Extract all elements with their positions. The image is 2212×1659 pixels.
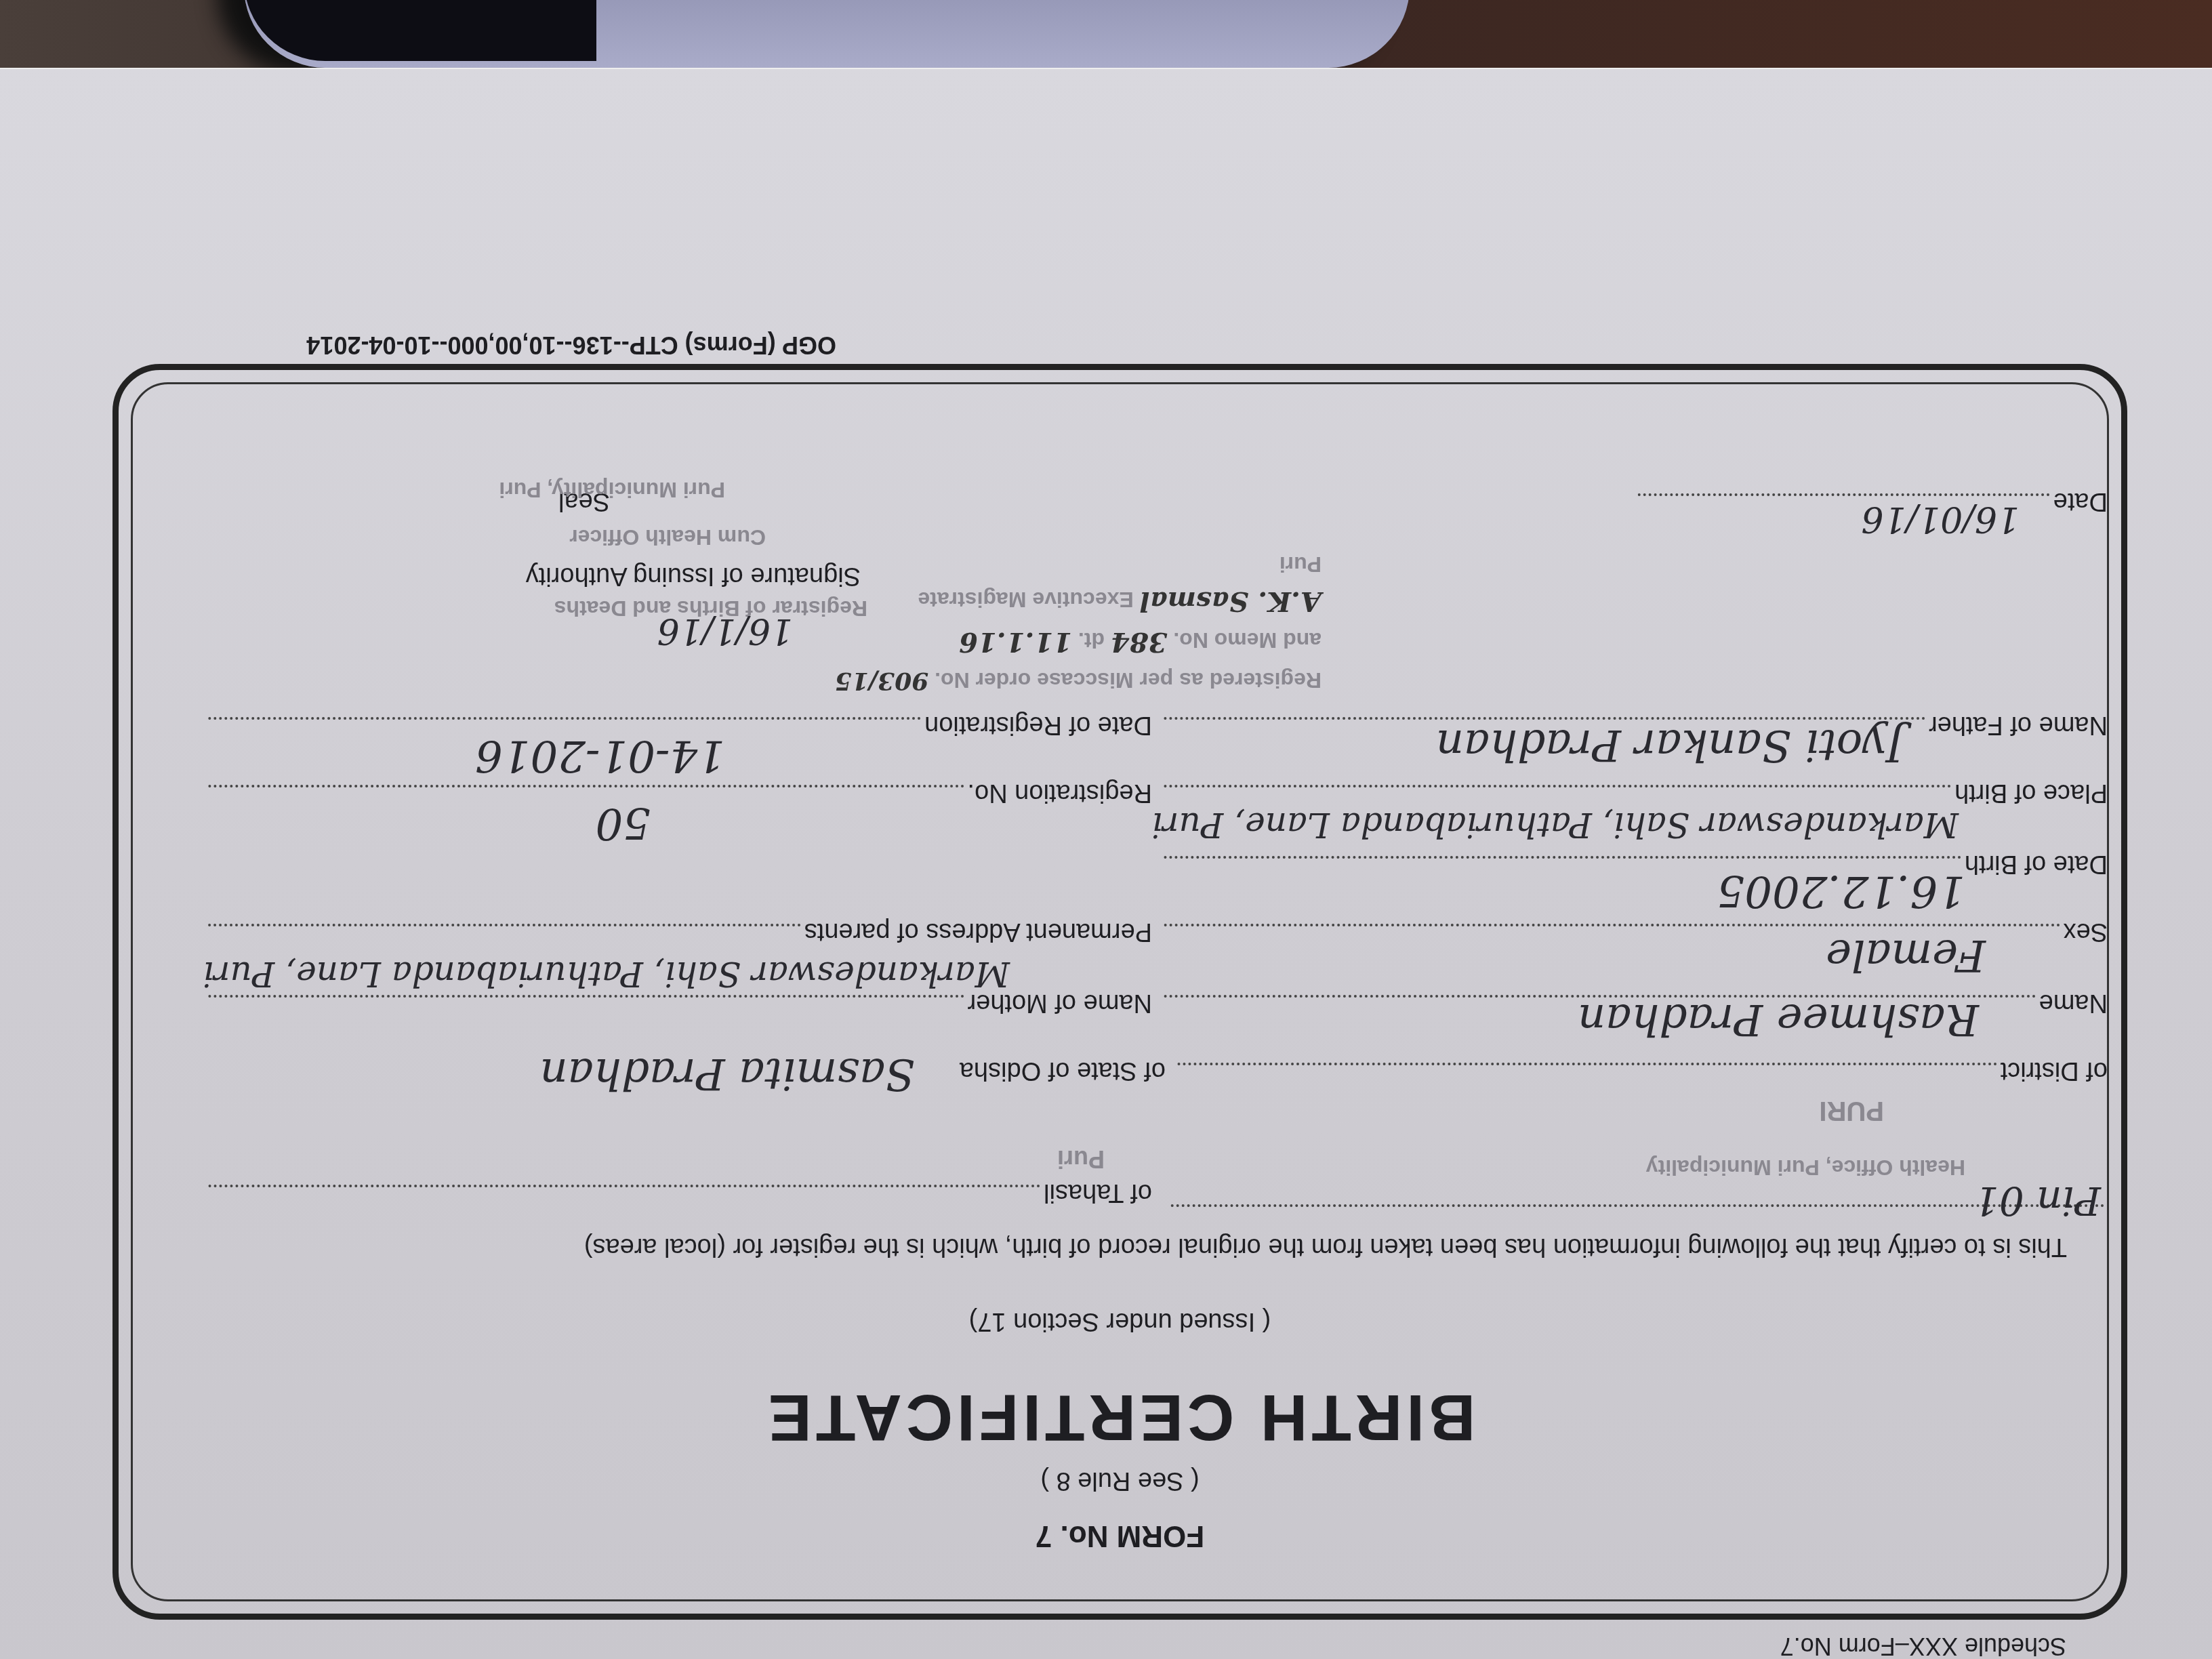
father-line: Name of Father <box>1159 710 2108 739</box>
tahasil-label: of Tahasil <box>1044 1178 1152 1207</box>
memo-number: 384 <box>1111 626 1168 658</box>
registrar-signature: 16/1/16 <box>657 611 793 651</box>
magistrate-name: A.K. Sasmal <box>1140 586 1322 617</box>
print-reference: OGP (Forms) CTP--136--10,00,000--10-04-2… <box>306 331 836 359</box>
issue-date-label: Date <box>2053 487 2108 516</box>
registration-no-label: Registration No. <box>968 778 1152 807</box>
memo-stamp: and Memo No. 384 dt. 11.1.16 <box>959 626 1322 658</box>
dob-line: Date of Birth <box>1159 849 2108 878</box>
name-line: Name <box>1159 988 2108 1017</box>
certificate-paper: Schedule XXX–Form No.7 FORM No. 7 ( See … <box>0 68 2212 1659</box>
issue-date-dots <box>1637 493 2049 496</box>
memo-label: and Memo No. <box>1173 628 1322 653</box>
magistrate-stamp: A.K. Sasmal Executive Magistrate <box>918 586 1322 617</box>
place-of-birth-line: Place of Birth <box>1159 778 2108 807</box>
sex-label: Sex <box>2064 917 2108 946</box>
tahasil-value: Puri <box>1057 1145 1105 1173</box>
registration-date-dots <box>207 717 920 720</box>
mother-value: Sasmita Pradhan <box>539 1048 915 1099</box>
address-line: Permanent Address of parents <box>203 917 1152 946</box>
misc-order-label: Registered as per Misccase order No. <box>935 668 1322 693</box>
registration-date-line: Date of Registration <box>203 710 1152 739</box>
schedule-label: Schedule XXX–Form No.7 <box>1780 1632 2066 1659</box>
memo-date-label: dt. <box>1078 628 1105 653</box>
district-line: of District <box>1172 1056 2108 1085</box>
tahasil-dots <box>207 1185 1040 1187</box>
state-label: of State of Odisha <box>960 1056 1166 1085</box>
registration-date-label: Date of Registration <box>924 710 1152 739</box>
misc-order-stamp: Registered as per Misccase order No. 903… <box>835 667 1322 695</box>
dob-label: Date of Birth <box>1965 849 2108 878</box>
address-value: Markandeswar Sahi, Pathuriabanda Lane, P… <box>203 954 1010 994</box>
registration-no-line: Registration No. <box>203 778 1152 807</box>
registration-no-dots <box>207 785 964 787</box>
certificate-border: FORM No. 7 ( See Rule 8 ) BIRTH CERTIFIC… <box>112 364 2127 1620</box>
municipality-stamp: Puri Municipality, Puri <box>499 477 725 502</box>
rule-reference: ( See Rule 8 ) <box>119 1466 2121 1495</box>
father-label: Name of Father <box>1929 710 2108 739</box>
dob-dots <box>1163 856 1961 859</box>
magistrate-place: Puri <box>1279 552 1322 577</box>
address-label: Permanent Address of parents <box>804 917 1152 946</box>
local-area-line <box>1166 1197 2108 1207</box>
magistrate-title: Executive Magistrate <box>918 588 1133 612</box>
certify-statement: This is to certify that the following in… <box>584 1232 2067 1261</box>
health-office-stamp: Health Office, Puri Municipality <box>1646 1155 1965 1180</box>
name-label: Name <box>2039 988 2108 1017</box>
phone-shadow <box>244 0 596 61</box>
district-dots <box>1176 1063 1996 1065</box>
misc-order-number: 903/15 <box>835 667 928 695</box>
health-officer-stamp: Cum Health Officer <box>569 525 766 550</box>
sex-dots <box>1163 924 2060 926</box>
place-of-birth-dots <box>1163 785 1950 787</box>
local-area-dots <box>1170 1204 2104 1207</box>
issued-under: ( Issued under Section 17) <box>119 1307 2121 1336</box>
place-of-birth-value: Markandeswar Sahi, Pathuriabanda Lane, P… <box>1152 805 1959 844</box>
issue-date-value: 16/01/16 <box>1861 499 2020 539</box>
mother-dots <box>207 995 964 998</box>
address-dots <box>207 924 800 926</box>
memo-date: 11.1.16 <box>959 626 1072 658</box>
sex-line: Sex <box>1159 917 2108 946</box>
certificate-title: BIRTH CERTIFICATE <box>119 1380 2121 1454</box>
district-label: of District <box>2001 1056 2108 1085</box>
father-dots <box>1163 717 1925 720</box>
district-value: PURI <box>1819 1095 1884 1126</box>
certificate-sheet: Schedule XXX–Form No.7 FORM No. 7 ( See … <box>0 69 2212 1659</box>
place-of-birth-label: Place of Birth <box>1954 778 2108 807</box>
form-number: FORM No. 7 <box>119 1519 2121 1553</box>
name-dots <box>1163 995 2035 998</box>
local-area-value: Pin 01 <box>1974 1178 2101 1224</box>
tahasil-line: of Tahasil <box>203 1178 1152 1207</box>
signature-label: Signature of Issuing Authority <box>526 561 861 590</box>
